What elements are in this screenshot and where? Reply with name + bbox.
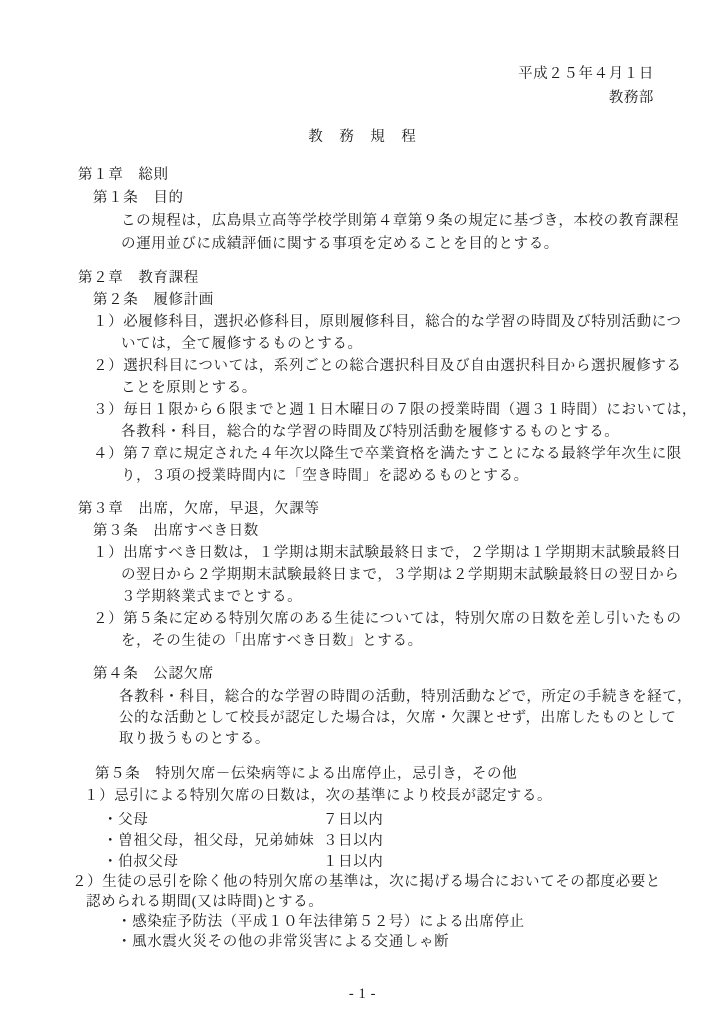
article-3-item-line: の翌日から２学期期末試験最終日まで，３学期は２学期期末試験最終日の翌日から [121,567,679,584]
article-2-item-line: ４）第７章に規定された４年次以降生で卒業資格を満たすことになる最終学年次生に限 [93,446,682,463]
article-2-heading: 第２条 履修計画 [93,292,214,309]
article-4-heading: 第４条 公認欠席 [93,666,214,683]
article-2-item-line: ２）選択科目については，系列ごとの総合選択科目及び自由選択科目から選択履修する [93,358,682,375]
article-5-item-line: 認められる期間(又は時間)とする。 [86,894,323,911]
article-2-item-line: １）必履修科目，選択必修科目，原則履修科目，総合的な学習の時間及び特別活動につ [93,314,682,331]
article-4-body-line: 各教科・科目，総合的な学習の時間の活動，特別活動などで，所定の手続きを経て， [119,689,692,706]
article-2-item-line: いては，全て履修するものとする。 [121,336,363,353]
article-1-body-line: の運用並びに成績評価に関する事項を定めることを目的とする。 [121,236,559,253]
article-2-item-line: ことを原則とする。 [121,380,257,397]
article-5-item-line: ２）生徒の忌引を除く他の特別欠席の基準は，次に掲げる場合においてその都度必要と [72,874,661,891]
document-title: 教 務 規 程 [0,129,725,146]
article-4-body-line: 公的な活動として校長が認定した場合は，欠席・欠課とせず，出席したものとして [119,710,677,727]
document-page: 平成２５年４月１日 教務部 教 務 規 程 第１章 総則 第１条 目的 この規程… [0,0,725,1024]
chapter-1-heading: 第１章 総則 [78,167,169,184]
article-5-bullet-line: ・風水震火災その他の非常災害による交通しゃ断 [117,934,449,951]
relation-label: ・父母 [103,812,148,829]
article-3-item-line: ２）第５条に定める特別欠席のある生徒については，特別欠席の日数を差し引いたもの [93,611,682,628]
days-value: ３日以内 [323,833,383,850]
article-5-bullet-line: ・感染症予防法（平成１０年法律第５２号）による出席停止 [117,914,525,931]
chapter-2-heading: 第２章 教育課程 [78,270,199,287]
document-date: 平成２５年４月１日 [0,66,654,83]
article-1-body-line: この規程は，広島県立高等学校学則第４章第９条の規定に基づき，本校の教育課程 [121,213,679,230]
article-5-item-line: １）忌引による特別欠席の日数は，次の基準により校長が認定する。 [84,788,552,805]
article-1-heading: 第１条 目的 [93,190,184,207]
article-2-item-line: ３）毎日１限から６限までと週１日木曜日の７限の授業時間（週３１時間）においては， [93,402,697,419]
article-3-item-line: １）出席すべき日数は，１学期は期末試験最終日まで，２学期は１学期期末試験最終日 [93,545,681,562]
article-2-item-line: 各教科・科目，総合的な学習の時間及び特別活動を履修するものとする。 [121,424,619,441]
relation-label: ・曽祖父母，祖父母，兄弟姉妹 [103,833,314,850]
article-3-item-line: を，その生徒の「出席すべき日数」とする。 [121,633,423,650]
department-label: 教務部 [0,90,654,107]
article-3-heading: 第３条 出席すべき日数 [93,523,259,540]
article-2-item-line: り，３項の授業時間内に「空き時間」を認めるものとする。 [121,468,529,485]
relation-label: ・伯叔父母 [103,854,179,871]
article-3-item-line: ３学期終業式までとする。 [121,589,302,606]
chapter-3-heading: 第３章 出席，欠席，早退，欠課等 [78,501,320,518]
article-5-heading: 第５条 特別欠席－伝染病等による出席停止，忌引き，その他 [95,766,517,783]
days-value: １日以内 [323,854,383,871]
article-4-body-line: 取り扱うものとする。 [119,731,270,748]
days-value: ７日以内 [323,812,383,829]
page-number: - 1 - [0,986,725,1003]
